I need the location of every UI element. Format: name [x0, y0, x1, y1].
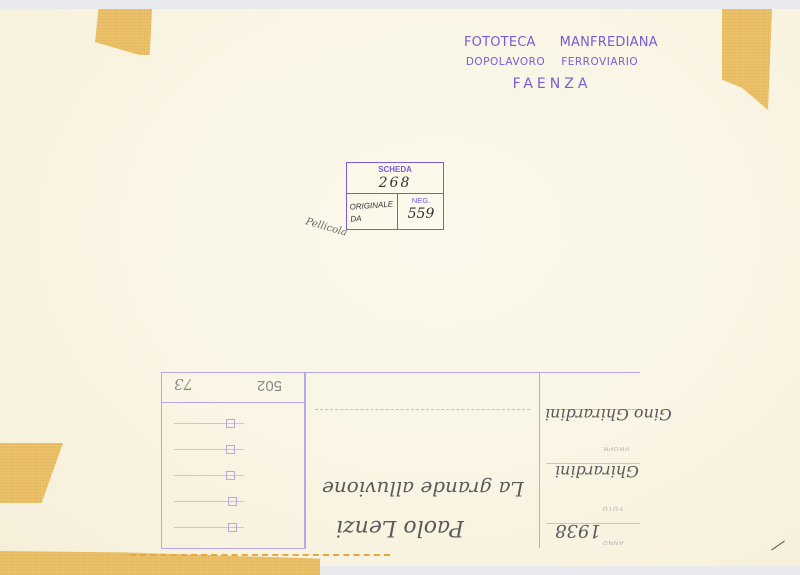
- handwritten-year: 1938: [555, 520, 601, 541]
- stamp-line-1: FOTOTECAMANFREDIANA: [452, 35, 652, 50]
- scheda-number: 268: [347, 175, 443, 191]
- handwritten-foto: Ghirardini: [555, 462, 639, 481]
- checkbox: [226, 471, 235, 480]
- stamp-line-3: FAENZA: [452, 76, 652, 92]
- catalog-number: 502: [257, 377, 282, 394]
- scheda-section: SCHEDA 268: [347, 163, 443, 194]
- checkbox: [226, 445, 235, 454]
- checkbox: [228, 523, 237, 532]
- handwritten-proprieta: Gino Ghirardini: [545, 405, 672, 424]
- stamp-line-2: DOPOLAVOROFERROVIARIO: [452, 56, 652, 68]
- neg-number: 559: [399, 206, 443, 222]
- checkbox: [226, 419, 235, 428]
- form-left-header: 502 73: [162, 373, 305, 403]
- scheda-label: SCHEDA: [347, 165, 443, 174]
- tape-top-left: [95, 9, 152, 55]
- originale-label: ORIGINALE DA: [349, 198, 398, 225]
- originale-section: ORIGINALE DA: [347, 194, 398, 229]
- handwritten-title: La grande alluvione: [322, 477, 524, 501]
- label-anno: ANNO: [602, 539, 623, 545]
- sub-number: 73: [174, 375, 193, 393]
- checkbox: [228, 497, 237, 506]
- tape-bottom-left: [0, 443, 63, 503]
- neg-label: NEG.: [403, 196, 439, 205]
- label-foto: FOTO: [602, 505, 623, 511]
- tape-top-right: [722, 9, 772, 110]
- divider: [315, 409, 530, 410]
- handwritten-author: Paolo Lenzi: [336, 515, 464, 540]
- scheda-stamp-box: SCHEDA 268 ORIGINALE DA NEG. 559: [346, 162, 444, 230]
- form-left-panel: 502 73: [161, 372, 306, 549]
- tape-residue: [130, 554, 390, 558]
- label-proprieta: PROPR.: [600, 445, 629, 451]
